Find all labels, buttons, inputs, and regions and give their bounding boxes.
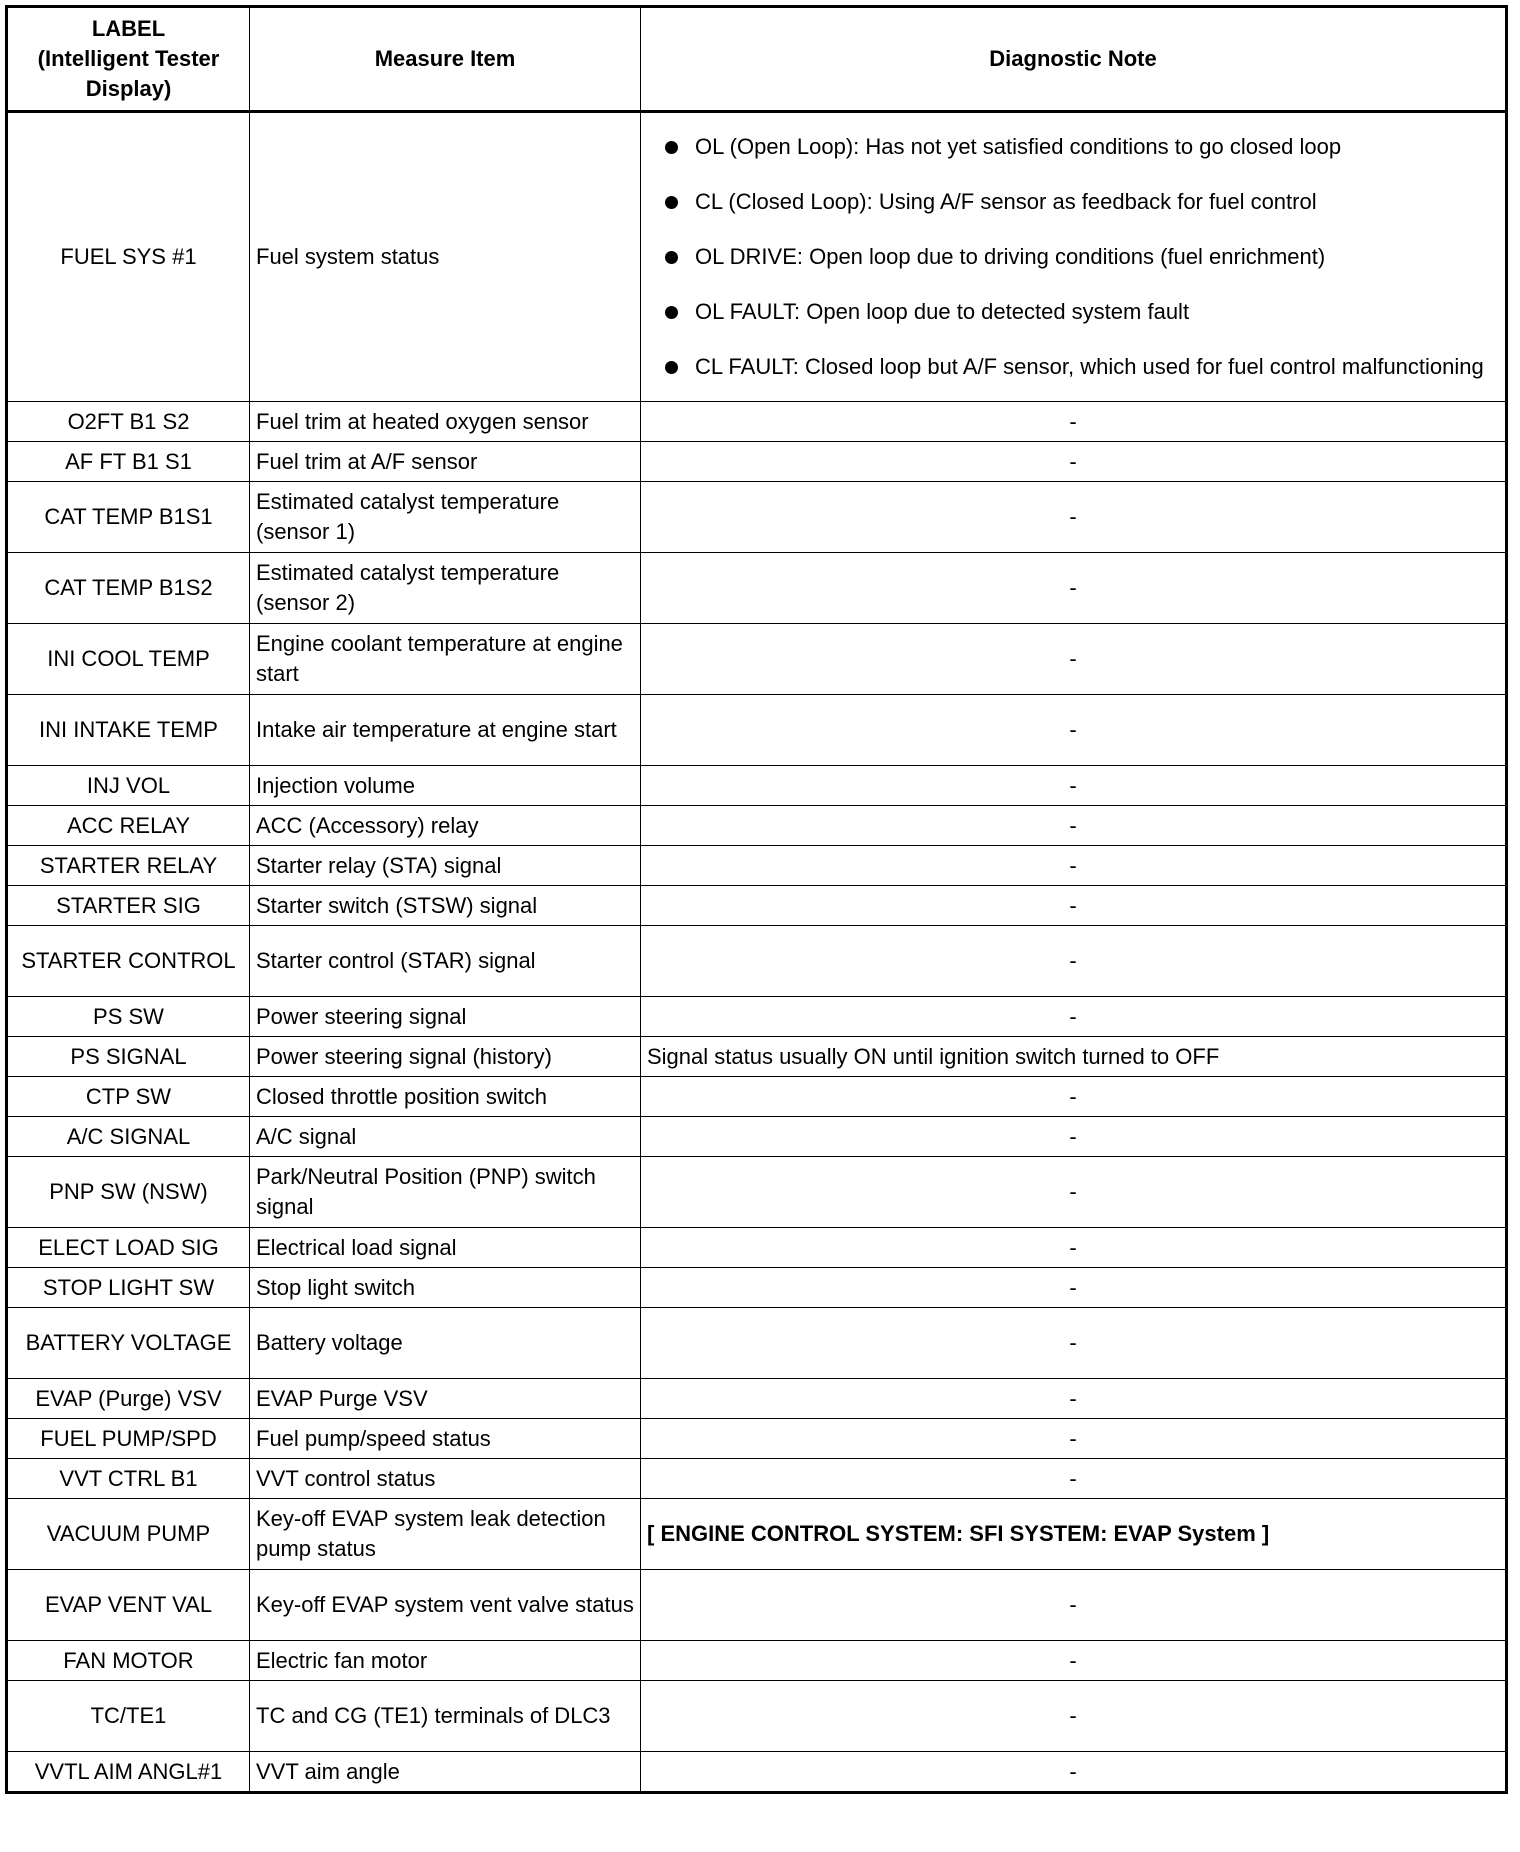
table-row: CTP SWClosed throttle position switch- (7, 1077, 1507, 1117)
bullet-icon (665, 196, 678, 209)
table-row: CAT TEMP B1S2Estimated catalyst temperat… (7, 553, 1507, 624)
cell-label: INJ VOL (7, 766, 250, 806)
cell-label: BATTERY VOLTAGE (7, 1308, 250, 1379)
data-list-table-container: LABEL (Intelligent Tester Display) Measu… (5, 5, 1505, 1794)
cell-diagnostic-note: - (641, 766, 1507, 806)
cell-diagnostic-note: - (641, 1117, 1507, 1157)
table-row: VACUUM PUMPKey-off EVAP system leak dete… (7, 1499, 1507, 1570)
cell-diagnostic-note: - (641, 1308, 1507, 1379)
note-text: OL (Open Loop): Has not yet satisfied co… (695, 134, 1341, 159)
header-diagnostic-note: Diagnostic Note (641, 7, 1507, 112)
cell-measure-item: Fuel pump/speed status (250, 1419, 641, 1459)
list-item: OL (Open Loop): Has not yet satisfied co… (663, 132, 1499, 162)
cell-label: FUEL SYS #1 (7, 112, 250, 402)
cell-measure-item: Starter switch (STSW) signal (250, 886, 641, 926)
table-row: BATTERY VOLTAGEBattery voltage- (7, 1308, 1507, 1379)
table-row: O2FT B1 S2Fuel trim at heated oxygen sen… (7, 402, 1507, 442)
cell-measure-item: Starter relay (STA) signal (250, 846, 641, 886)
cell-label: INI INTAKE TEMP (7, 695, 250, 766)
cell-diagnostic-note: - (641, 1681, 1507, 1752)
cell-diagnostic-note: - (641, 1268, 1507, 1308)
table-row: PNP SW (NSW)Park/Neutral Position (PNP) … (7, 1157, 1507, 1228)
cell-label: CAT TEMP B1S2 (7, 553, 250, 624)
cell-label: TC/TE1 (7, 1681, 250, 1752)
bullet-icon (665, 141, 678, 154)
cell-label: STARTER SIG (7, 886, 250, 926)
table-header-row: LABEL (Intelligent Tester Display) Measu… (7, 7, 1507, 112)
header-label-line: Display) (14, 74, 243, 104)
cell-label: FUEL PUMP/SPD (7, 1419, 250, 1459)
cell-label: O2FT B1 S2 (7, 402, 250, 442)
table-row-fuel-sys: FUEL SYS #1 Fuel system status OL (Open … (7, 112, 1507, 402)
table-row: STOP LIGHT SWStop light switch- (7, 1268, 1507, 1308)
table-row: VVT CTRL B1VVT control status- (7, 1459, 1507, 1499)
cell-label: FAN MOTOR (7, 1641, 250, 1681)
cell-label: PS SW (7, 997, 250, 1037)
table-row: STARTER SIGStarter switch (STSW) signal- (7, 886, 1507, 926)
cell-label: VACUUM PUMP (7, 1499, 250, 1570)
cell-measure-item: Closed throttle position switch (250, 1077, 641, 1117)
table-row: INI COOL TEMPEngine coolant temperature … (7, 624, 1507, 695)
cell-diagnostic-note: - (641, 1641, 1507, 1681)
cell-label: CTP SW (7, 1077, 250, 1117)
cell-measure-item: Fuel trim at heated oxygen sensor (250, 402, 641, 442)
table-row: INJ VOLInjection volume- (7, 766, 1507, 806)
cell-label: PNP SW (NSW) (7, 1157, 250, 1228)
cell-measure-item: Engine coolant temperature at engine sta… (250, 624, 641, 695)
cell-measure-item: VVT aim angle (250, 1752, 641, 1793)
cell-diagnostic-note: - (641, 926, 1507, 997)
cell-label: INI COOL TEMP (7, 624, 250, 695)
table-row: AF FT B1 S1Fuel trim at A/F sensor- (7, 442, 1507, 482)
cell-label: EVAP (Purge) VSV (7, 1379, 250, 1419)
table-row: A/C SIGNALA/C signal- (7, 1117, 1507, 1157)
cell-measure-item: VVT control status (250, 1459, 641, 1499)
table-row: TC/TE1TC and CG (TE1) terminals of DLC3- (7, 1681, 1507, 1752)
cell-measure-item: A/C signal (250, 1117, 641, 1157)
table-row: STARTER CONTROLStarter control (STAR) si… (7, 926, 1507, 997)
cell-diagnostic-note: OL (Open Loop): Has not yet satisfied co… (641, 112, 1507, 402)
cell-label: PS SIGNAL (7, 1037, 250, 1077)
note-text: OL FAULT: Open loop due to detected syst… (695, 299, 1189, 324)
table-row: STARTER RELAYStarter relay (STA) signal- (7, 846, 1507, 886)
cell-label: VVTL AIM ANGL#1 (7, 1752, 250, 1793)
cell-measure-item: Power steering signal (history) (250, 1037, 641, 1077)
cell-measure-item: Estimated catalyst temperature (sensor 1… (250, 482, 641, 553)
table-row: FUEL PUMP/SPDFuel pump/speed status- (7, 1419, 1507, 1459)
table-row: FAN MOTORElectric fan motor- (7, 1641, 1507, 1681)
header-label: LABEL (Intelligent Tester Display) (7, 7, 250, 112)
cell-measure-item: Power steering signal (250, 997, 641, 1037)
cell-measure-item: Stop light switch (250, 1268, 641, 1308)
cell-label: EVAP VENT VAL (7, 1570, 250, 1641)
cell-diagnostic-note: - (641, 482, 1507, 553)
cell-measure-item: Park/Neutral Position (PNP) switch signa… (250, 1157, 641, 1228)
cell-label: ELECT LOAD SIG (7, 1228, 250, 1268)
cell-diagnostic-note: - (641, 997, 1507, 1037)
cell-label: ACC RELAY (7, 806, 250, 846)
table-row: PS SWPower steering signal- (7, 997, 1507, 1037)
cell-diagnostic-note: - (641, 624, 1507, 695)
cell-measure-item: Key-off EVAP system leak detection pump … (250, 1499, 641, 1570)
cell-label: STARTER RELAY (7, 846, 250, 886)
cell-diagnostic-note: - (641, 1077, 1507, 1117)
cell-diagnostic-note: - (641, 442, 1507, 482)
cell-label: CAT TEMP B1S1 (7, 482, 250, 553)
header-measure-item: Measure Item (250, 7, 641, 112)
list-item: CL (Closed Loop): Using A/F sensor as fe… (663, 187, 1499, 217)
cell-diagnostic-note: - (641, 402, 1507, 442)
table-row: EVAP (Purge) VSVEVAP Purge VSV- (7, 1379, 1507, 1419)
note-text: OL DRIVE: Open loop due to driving condi… (695, 244, 1325, 269)
cell-diagnostic-note: - (641, 1752, 1507, 1793)
cell-measure-item: EVAP Purge VSV (250, 1379, 641, 1419)
cell-label: STOP LIGHT SW (7, 1268, 250, 1308)
cell-diagnostic-note: - (641, 1228, 1507, 1268)
cell-measure-item: Key-off EVAP system vent valve status (250, 1570, 641, 1641)
table-row: PS SIGNALPower steering signal (history)… (7, 1037, 1507, 1077)
cell-diagnostic-note: - (641, 553, 1507, 624)
cell-measure-item: Starter control (STAR) signal (250, 926, 641, 997)
table-row: VVTL AIM ANGL#1VVT aim angle- (7, 1752, 1507, 1793)
data-list-table: LABEL (Intelligent Tester Display) Measu… (5, 5, 1508, 1794)
table-row: INI INTAKE TEMPIntake air temperature at… (7, 695, 1507, 766)
fuel-sys-notes-list: OL (Open Loop): Has not yet satisfied co… (647, 132, 1499, 382)
header-label-line: (Intelligent Tester (14, 44, 243, 74)
cell-diagnostic-note: - (641, 806, 1507, 846)
cell-diagnostic-note: - (641, 1419, 1507, 1459)
cell-diagnostic-note: - (641, 1459, 1507, 1499)
cell-measure-item: Battery voltage (250, 1308, 641, 1379)
bullet-icon (665, 251, 678, 264)
list-item: OL FAULT: Open loop due to detected syst… (663, 297, 1499, 327)
cell-diagnostic-note: - (641, 846, 1507, 886)
cell-diagnostic-note: - (641, 886, 1507, 926)
note-text: CL (Closed Loop): Using A/F sensor as fe… (695, 189, 1317, 214)
note-text: CL FAULT: Closed loop but A/F sensor, wh… (695, 354, 1484, 379)
table-row: CAT TEMP B1S1Estimated catalyst temperat… (7, 482, 1507, 553)
cell-diagnostic-note: [ ENGINE CONTROL SYSTEM: SFI SYSTEM: EVA… (641, 1499, 1507, 1570)
cell-diagnostic-note: - (641, 1379, 1507, 1419)
cell-diagnostic-note: - (641, 1570, 1507, 1641)
cell-measure-item: Injection volume (250, 766, 641, 806)
cell-label: STARTER CONTROL (7, 926, 250, 997)
list-item: CL FAULT: Closed loop but A/F sensor, wh… (663, 352, 1499, 382)
cell-diagnostic-note: - (641, 695, 1507, 766)
cell-measure-item: ACC (Accessory) relay (250, 806, 641, 846)
bullet-icon (665, 306, 678, 319)
table-row: ELECT LOAD SIGElectrical load signal- (7, 1228, 1507, 1268)
cell-label: A/C SIGNAL (7, 1117, 250, 1157)
cell-diagnostic-note: Signal status usually ON until ignition … (641, 1037, 1507, 1077)
header-label-line: LABEL (14, 14, 243, 44)
cell-measure-item: Intake air temperature at engine start (250, 695, 641, 766)
table-row: EVAP VENT VALKey-off EVAP system vent va… (7, 1570, 1507, 1641)
cell-diagnostic-note: - (641, 1157, 1507, 1228)
list-item: OL DRIVE: Open loop due to driving condi… (663, 242, 1499, 272)
cell-measure-item: Fuel system status (250, 112, 641, 402)
cell-measure-item: Fuel trim at A/F sensor (250, 442, 641, 482)
cell-label: VVT CTRL B1 (7, 1459, 250, 1499)
table-row: ACC RELAYACC (Accessory) relay- (7, 806, 1507, 846)
cell-label: AF FT B1 S1 (7, 442, 250, 482)
cell-measure-item: TC and CG (TE1) terminals of DLC3 (250, 1681, 641, 1752)
bullet-icon (665, 361, 678, 374)
cell-measure-item: Electric fan motor (250, 1641, 641, 1681)
cell-measure-item: Electrical load signal (250, 1228, 641, 1268)
cell-measure-item: Estimated catalyst temperature (sensor 2… (250, 553, 641, 624)
